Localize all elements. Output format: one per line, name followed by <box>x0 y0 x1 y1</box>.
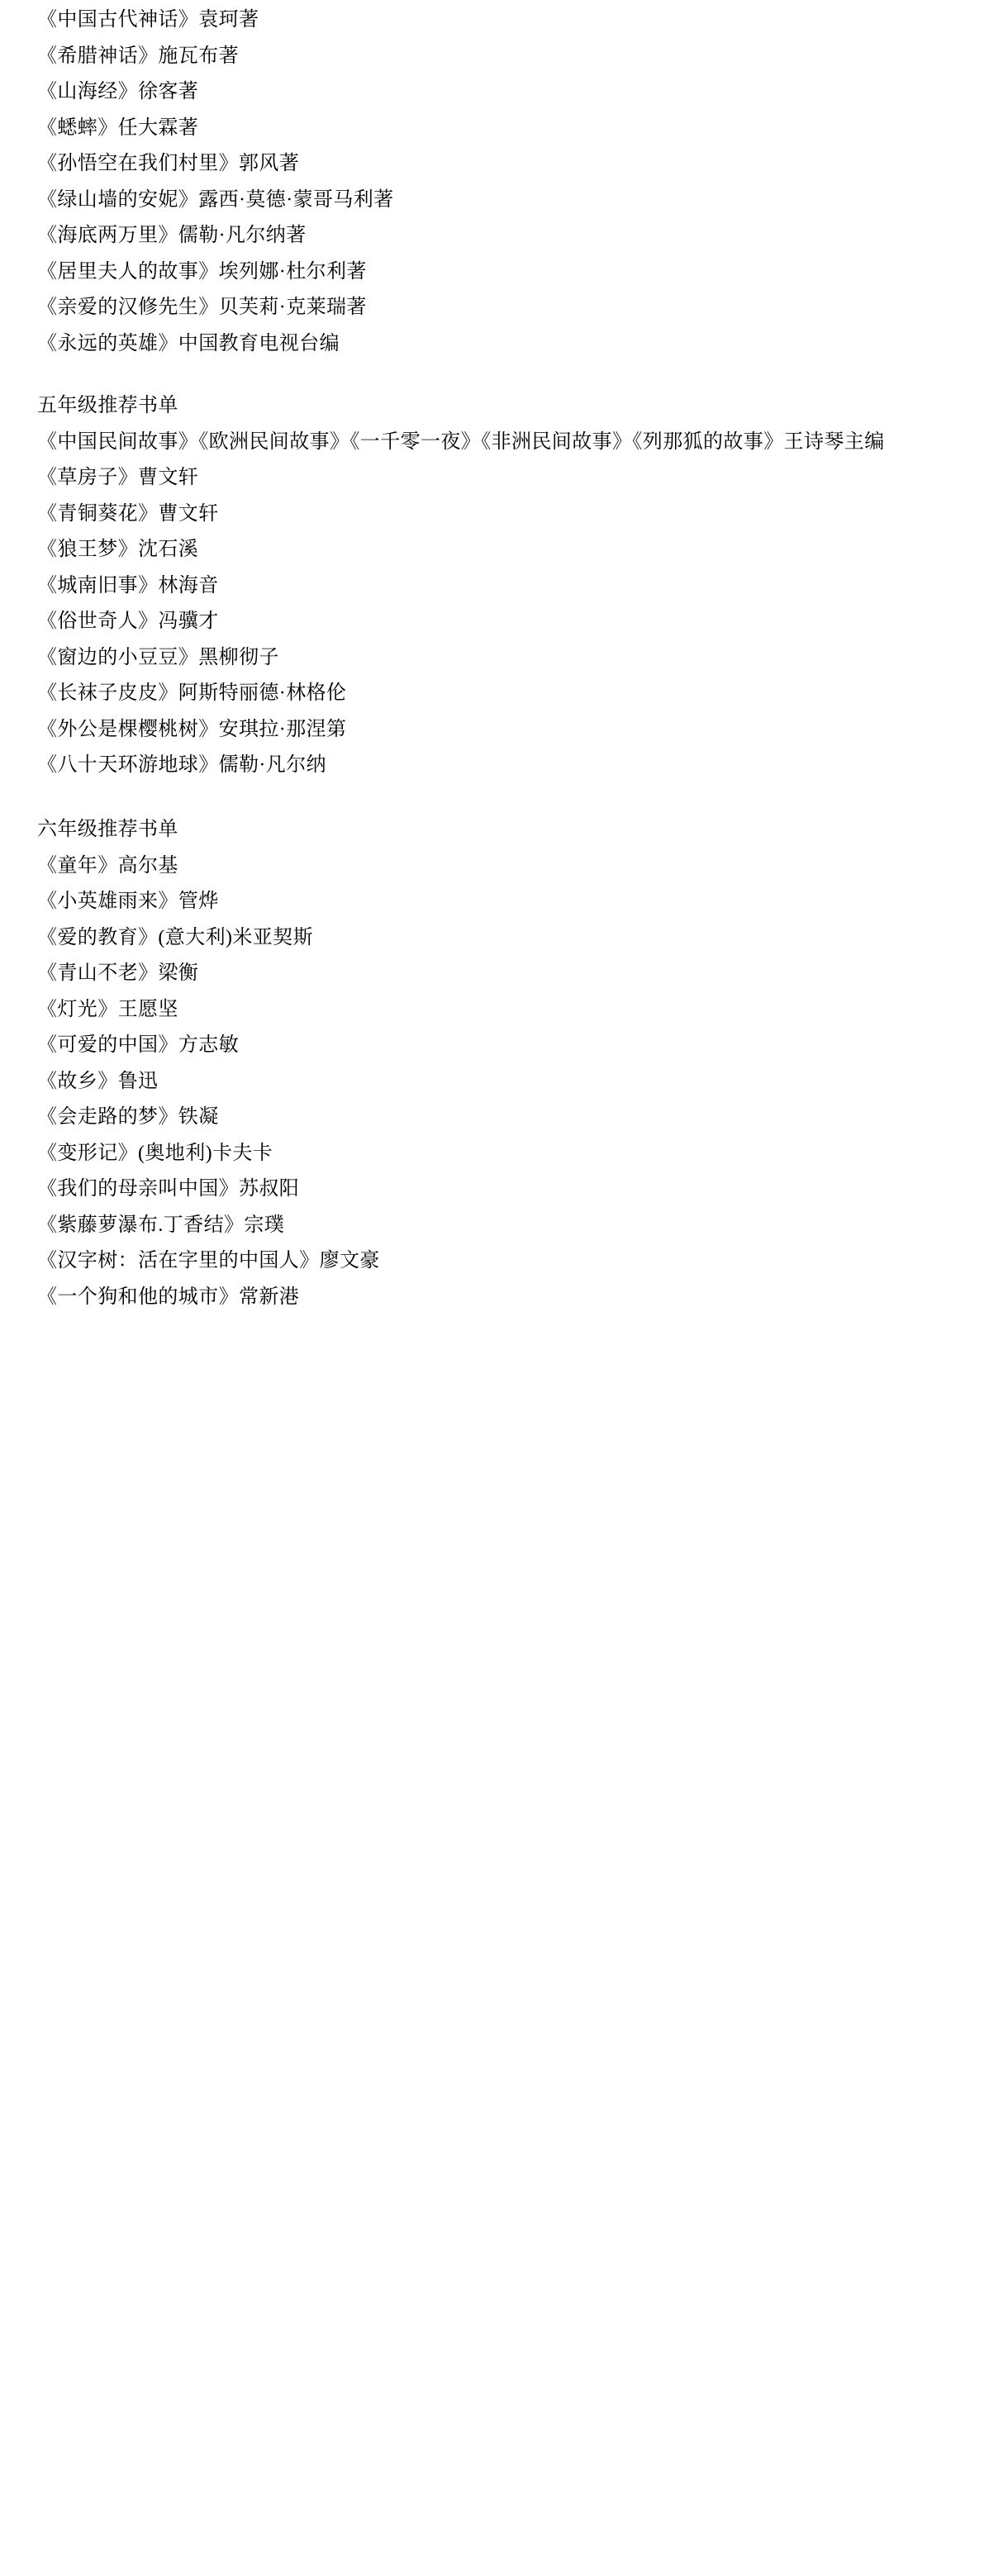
book-list-item: 《狼王梦》沈石溪 <box>37 532 954 568</box>
book-list-item: 《汉字树：活在字里的中国人》廖文豪 <box>37 1243 954 1280</box>
book-list-item: 《俗世奇人》冯骥才 <box>37 604 954 640</box>
book-list-item: 《会走路的梦》铁凝 <box>37 1100 954 1136</box>
book-list-section-grade-6: 六年级推荐书单《童年》高尔基《小英雄雨来》管烨《爱的教育》(意大利)米亚契斯《青… <box>37 812 954 1315</box>
book-list-item: 《变形记》(奥地利)卡夫卡 <box>37 1136 954 1172</box>
book-list-item: 《故乡》鲁迅 <box>37 1064 954 1100</box>
book-list-section-grade-5: 五年级推荐书单《中国民间故事》《欧洲民间故事》《一千零一夜》《非洲民间故事》《列… <box>37 388 954 784</box>
book-list-item: 《海底两万里》儒勒·凡尔纳著 <box>37 218 954 254</box>
book-list-item: 《小英雄雨来》管烨 <box>37 884 954 920</box>
book-list-item: 《希腊神话》施瓦布著 <box>37 39 954 75</box>
book-list-item: 《中国古代神话》袁珂著 <box>37 2 954 39</box>
book-list-item: 《长袜子皮皮》阿斯特丽德·林格伦 <box>37 676 954 712</box>
book-list-item: 《城南旧事》林海音 <box>37 568 954 605</box>
book-list-item: 《居里夫人的故事》埃列娜·杜尔利著 <box>37 254 954 291</box>
book-list-item: 《紫藤萝瀑布.丁香结》宗璞 <box>37 1208 954 1244</box>
book-list-item: 《可爱的中国》方志敏 <box>37 1028 954 1064</box>
book-list-item: 《灯光》王愿坚 <box>37 992 954 1029</box>
book-list-item: 《蟋蟀》任大霖著 <box>37 111 954 147</box>
book-list-item: 《山海经》徐客著 <box>37 74 954 111</box>
book-list-item: 《孙悟空在我们村里》郭风著 <box>37 146 954 183</box>
document-page: 《中国古代神话》袁珂著《希腊神话》施瓦布著《山海经》徐客著《蟋蟀》任大霖著《孙悟… <box>0 0 984 2576</box>
section-heading: 五年级推荐书单 <box>37 388 954 425</box>
book-list-item: 《爱的教育》(意大利)米亚契斯 <box>37 920 954 957</box>
book-list-item: 《我们的母亲叫中国》苏叔阳 <box>37 1172 954 1208</box>
book-list-item: 《一个狗和他的城市》常新港 <box>37 1280 954 1316</box>
book-list-item: 《窗边的小豆豆》黑柳彻子 <box>37 640 954 677</box>
book-list-item: 《绿山墙的安妮》露西·莫德·蒙哥马利著 <box>37 183 954 219</box>
book-list-item: 《八十天环游地球》儒勒·凡尔纳 <box>37 748 954 784</box>
book-list-item: 《永远的英雄》中国教育电视台编 <box>37 326 954 363</box>
book-list-section-upper-grade: 《中国古代神话》袁珂著《希腊神话》施瓦布著《山海经》徐客著《蟋蟀》任大霖著《孙悟… <box>37 2 954 362</box>
book-list-item: 《外公是棵樱桃树》安琪拉·那涅第 <box>37 712 954 749</box>
book-list-item: 《童年》高尔基 <box>37 848 954 885</box>
book-list-item: 《草房子》曹文轩 <box>37 460 954 497</box>
book-list-item: 《青铜葵花》曹文轩 <box>37 497 954 533</box>
section-heading: 六年级推荐书单 <box>37 812 954 848</box>
book-list-item: 《青山不老》梁衡 <box>37 956 954 992</box>
book-list-item: 《中国民间故事》《欧洲民间故事》《一千零一夜》《非洲民间故事》《列那狐的故事》王… <box>37 425 954 461</box>
book-list-item: 《亲爱的汉修先生》贝芙莉·克莱瑞著 <box>37 290 954 326</box>
